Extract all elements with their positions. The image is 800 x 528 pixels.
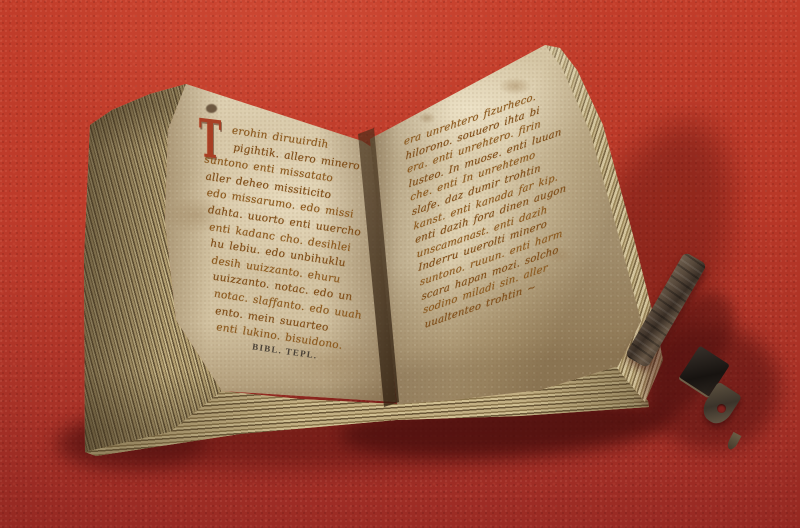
photo-scene: T erohin diruuirdihpigihtik. allero mine… <box>0 0 800 528</box>
left-page-text: erohin diruuirdihpigihtik. allero minero… <box>202 118 377 360</box>
clasp-hole <box>717 404 726 413</box>
